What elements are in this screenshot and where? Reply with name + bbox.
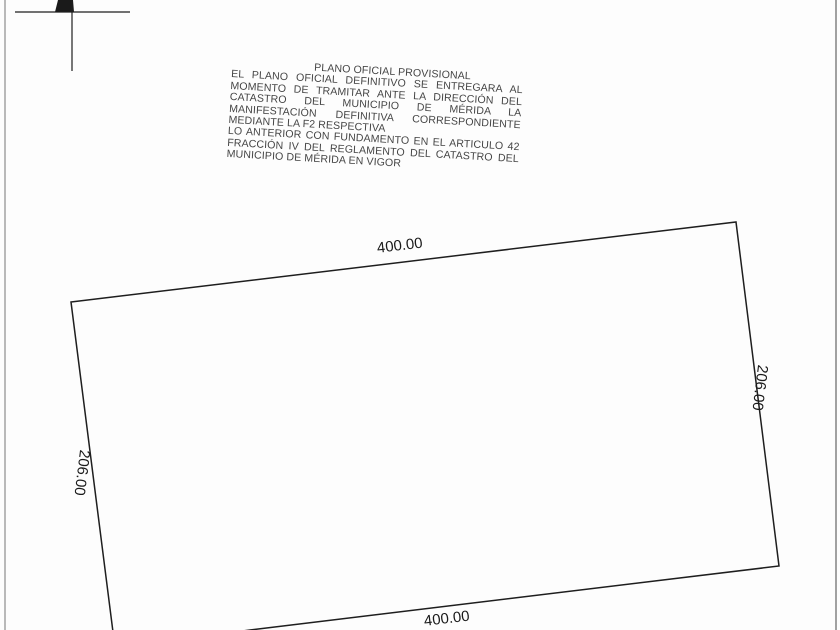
north-arrow-icon xyxy=(15,0,130,71)
provisional-plan-stamp: PLANO OFICIAL PROVISIONAL EL PLANO OFICI… xyxy=(226,58,523,177)
plan-sheet: PLANO OFICIAL PROVISIONAL EL PLANO OFICI… xyxy=(0,0,840,630)
lot-boundary xyxy=(71,222,779,630)
